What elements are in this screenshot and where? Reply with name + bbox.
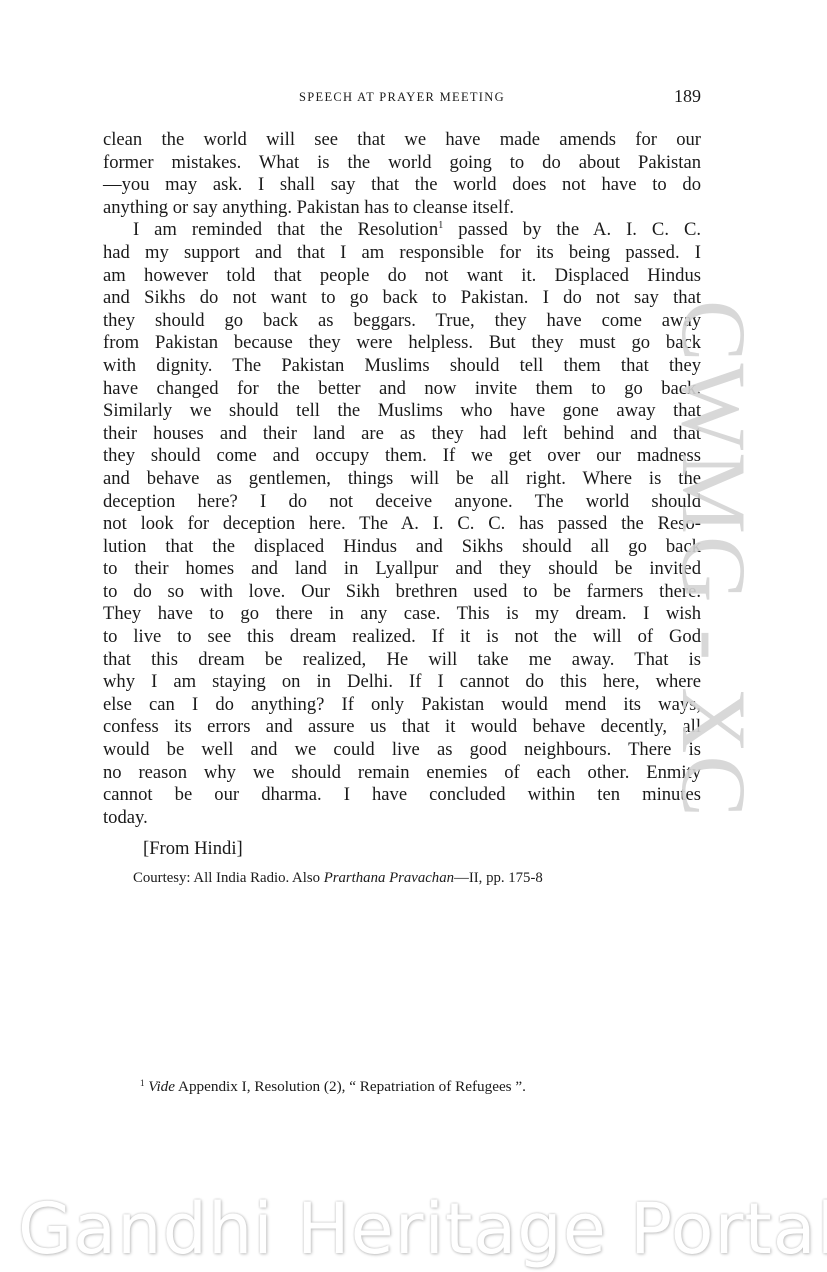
paragraph-1: clean the world will see that we have ma… [103, 129, 701, 219]
text-fragment: I am reminded that the Resolution [133, 219, 438, 240]
text-line: former mistakes. What is the world going… [103, 152, 701, 175]
text-line: their houses and their land are as they … [103, 423, 701, 446]
courtesy-line: Courtesy: All India Radio. Also Prarthan… [133, 870, 543, 887]
text-line: that this dream be realized, He will tak… [103, 649, 701, 672]
text-line: cannot be our dharma. I have concluded w… [103, 784, 701, 807]
text-line: to live to see this dream realized. If i… [103, 626, 701, 649]
footnote: 1 Vide Appendix I, Resolution (2), “ Rep… [140, 1078, 526, 1096]
text-line: have changed for the better and now invi… [103, 378, 701, 401]
text-line: no reason why we should remain enemies o… [103, 762, 701, 785]
text-line: deception here? I do not deceive anyone.… [103, 491, 701, 514]
courtesy-prefix: Courtesy: All India Radio. Also [133, 870, 324, 886]
text-line: today. [103, 807, 701, 830]
courtesy-suffix: —II, pp. 175-8 [454, 870, 543, 886]
text-line: from Pakistan because they were helpless… [103, 332, 701, 355]
page-header: Speech at Prayer Meeting 189 [103, 86, 701, 110]
text-line: They have to go there in any case. This … [103, 603, 701, 626]
paragraph-2: I am reminded that the Resolution1 passe… [103, 219, 701, 829]
page-number: 189 [674, 86, 701, 107]
text-line: —you may ask. I shall say that the world… [103, 174, 701, 197]
text-line: they should go back as beggars. True, th… [103, 310, 701, 333]
text-line: confess its errors and assure us that it… [103, 716, 701, 739]
text-line: had my support and that I am responsible… [103, 242, 701, 265]
text-line: and behave as gentlemen, things will be … [103, 468, 701, 491]
text-line: with dignity. The Pakistan Muslims shoul… [103, 355, 701, 378]
text-line: to their homes and land in Lyallpur and … [103, 558, 701, 581]
text-line: Similarly we should tell the Muslims who… [103, 400, 701, 423]
text-line: would be well and we could live as good … [103, 739, 701, 762]
portal-watermark: Gandhi Heritage Portal [18, 1188, 818, 1270]
footnote-text: Appendix I, Resolution (2), “ Repatriati… [175, 1078, 526, 1095]
text-line: why I am staying on in Delhi. If I canno… [103, 671, 701, 694]
text-line: to do so with love. Our Sikh brethren us… [103, 581, 701, 604]
text-line: else can I do anything? If only Pakistan… [103, 694, 701, 717]
text-line: anything or say anything. Pakistan has t… [103, 197, 701, 220]
text-line: not look for deception here. The A. I. C… [103, 513, 701, 536]
text-line: am however told that people do not want … [103, 265, 701, 288]
text-line: I am reminded that the Resolution1 passe… [103, 219, 701, 242]
text-line: lution that the displaced Hindus and Sik… [103, 536, 701, 559]
source-note: [From Hindi] [143, 838, 243, 860]
footnote-italic: Vide [148, 1078, 175, 1095]
text-line: they should come and occupy them. If we … [103, 445, 701, 468]
text-line: clean the world will see that we have ma… [103, 129, 701, 152]
footnote-number: 1 [140, 1078, 145, 1088]
courtesy-title: Prarthana Pravachan [324, 870, 454, 886]
running-title: Speech at Prayer Meeting [103, 90, 701, 105]
text-fragment: passed by the A. I. C. C. [443, 219, 701, 240]
body-text: clean the world will see that we have ma… [103, 129, 701, 829]
text-line: and Sikhs do not want to go back to Paki… [103, 287, 701, 310]
